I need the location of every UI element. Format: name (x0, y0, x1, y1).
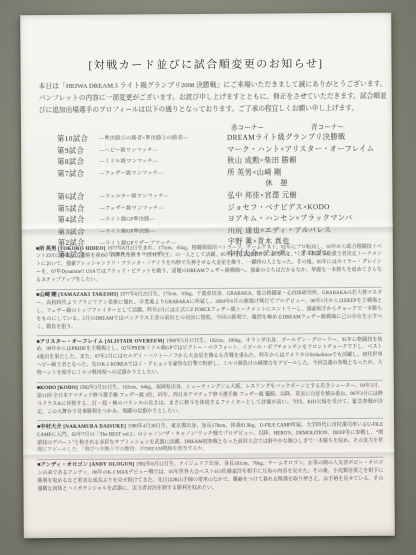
match-fighters: 所 英男×山崎 剛 (227, 167, 281, 177)
match-type: —ライト級GP準決勝— (100, 216, 155, 223)
match-type: —ミドル級ワンマッチ— (99, 158, 158, 165)
profile-name: ■KODO (37, 385, 58, 391)
match-fighters: 川尻 達也×エディ・アルバレス (228, 225, 332, 236)
profile-block: ■中村大介 [NAKAMURA DAISUKE] 1980年4月30日生、東京都… (37, 418, 383, 459)
blue-corner-label: 青コーナー (311, 121, 344, 131)
match-number: 第10試合 (57, 134, 88, 144)
profile-romaji: [TOKORO HIDEO] (58, 246, 108, 251)
match-fighters: ジョセフ・ベナビデス×KODO (227, 202, 329, 213)
match-fighters: ヨアキム・ハンセン×ブラックマンバ (228, 213, 353, 224)
profile-romaji: [ANDY OLOGUN] (89, 463, 136, 468)
profile-romaji: [KODO] (58, 386, 80, 391)
profile-name: ■中村大介 (37, 424, 63, 430)
page-title: [対戦カード並びに試合順変更のお知らせ] (20, 55, 391, 74)
intro-paragraph: 本日は「HEIWA DREAM.5 ライト級グランプリ2008 決勝戦」にご来場… (39, 79, 387, 117)
match-type: —ライト級GP準決勝— (100, 227, 155, 234)
profile-name: ■アンディ・オロゴン (37, 462, 89, 468)
match-type: —フェザー級ワンマッチ— (99, 169, 163, 176)
match-number: 第9試合 (57, 145, 84, 155)
profile-romaji: [ALISTAIR OVEREEM] (105, 339, 166, 344)
match-fighters: マーク・ハント×アリスター・オーフレイム (227, 143, 374, 154)
profile-romaji: [YAMAZAKI TAKESHI] (58, 293, 120, 298)
photo-background: [対戦カード並びに試合順変更のお知らせ] 本日は「HEIWA DREAM.5 ラ… (0, 0, 416, 555)
profile-name: ■所 英男 (36, 246, 58, 252)
fighter-profiles: ■所 英男 [TOKORO HIDEO] 1977年8月2日生まれ、173cm、… (36, 241, 384, 498)
match-type: —ウェルター級ワンマッチ— (99, 192, 168, 199)
profile-block: ■アリスター・オーフレイム [ALISTAIR OVEREEM] 1980年5月… (36, 333, 382, 382)
match-number: 第7試合 (57, 169, 84, 179)
profile-text: 1982年3月31日生、163cm、64kg、福岡県出身、シューティングジム大阪… (37, 384, 383, 415)
match-fighters: 弘中 邦佳×宮澤 元樹 (227, 190, 297, 200)
profile-block: ■所 英男 [TOKORO HIDEO] 1977年8月2日生まれ、173cm、… (36, 241, 382, 289)
match-number: 第6試合 (57, 192, 84, 202)
match-fighters: 秋山 成勲×柴田 勝頼 (227, 156, 297, 166)
profile-block: ■KODO [KODO] 1982年3月31日生、163cm、64kg、福岡県出… (37, 379, 383, 420)
match-type: —フェザー級ワンマッチ— (100, 204, 164, 211)
match-number: 第3試合 (58, 227, 85, 237)
match-fighters: 休 憩 (265, 179, 290, 189)
match-number: 第4試合 (58, 215, 85, 225)
profile-name: ■アリスター・オーフレイム (36, 338, 104, 344)
profile-block: ■アンディ・オロゴン [ANDY OLOGUN] 1982年6月12日生、ナイジ… (37, 457, 383, 498)
red-corner-label: 赤コーナー (231, 122, 264, 132)
notice-paper: [対戦カード並びに試合順変更のお知らせ] 本日は「HEIWA DREAM.5 ラ… (20, 13, 395, 539)
match-type: —準決勝①の勝者×準決勝②の勝者— (99, 134, 188, 142)
match-type: —ヘビー級ワンマッチ— (99, 146, 158, 153)
match-number: 第5試合 (57, 203, 84, 213)
profile-name: ■山崎 剛 (36, 292, 58, 298)
match-fighters: DREAMライト級グランプリ決勝戦 (227, 132, 346, 143)
profile-romaji: [NAKAMURA DAISUKE] (63, 424, 128, 429)
match-number: 第8試合 (57, 157, 84, 167)
profile-block: ■山崎 剛 [YAMAZAKI TAKESHI] 1977年6月25日生、173… (36, 286, 382, 335)
